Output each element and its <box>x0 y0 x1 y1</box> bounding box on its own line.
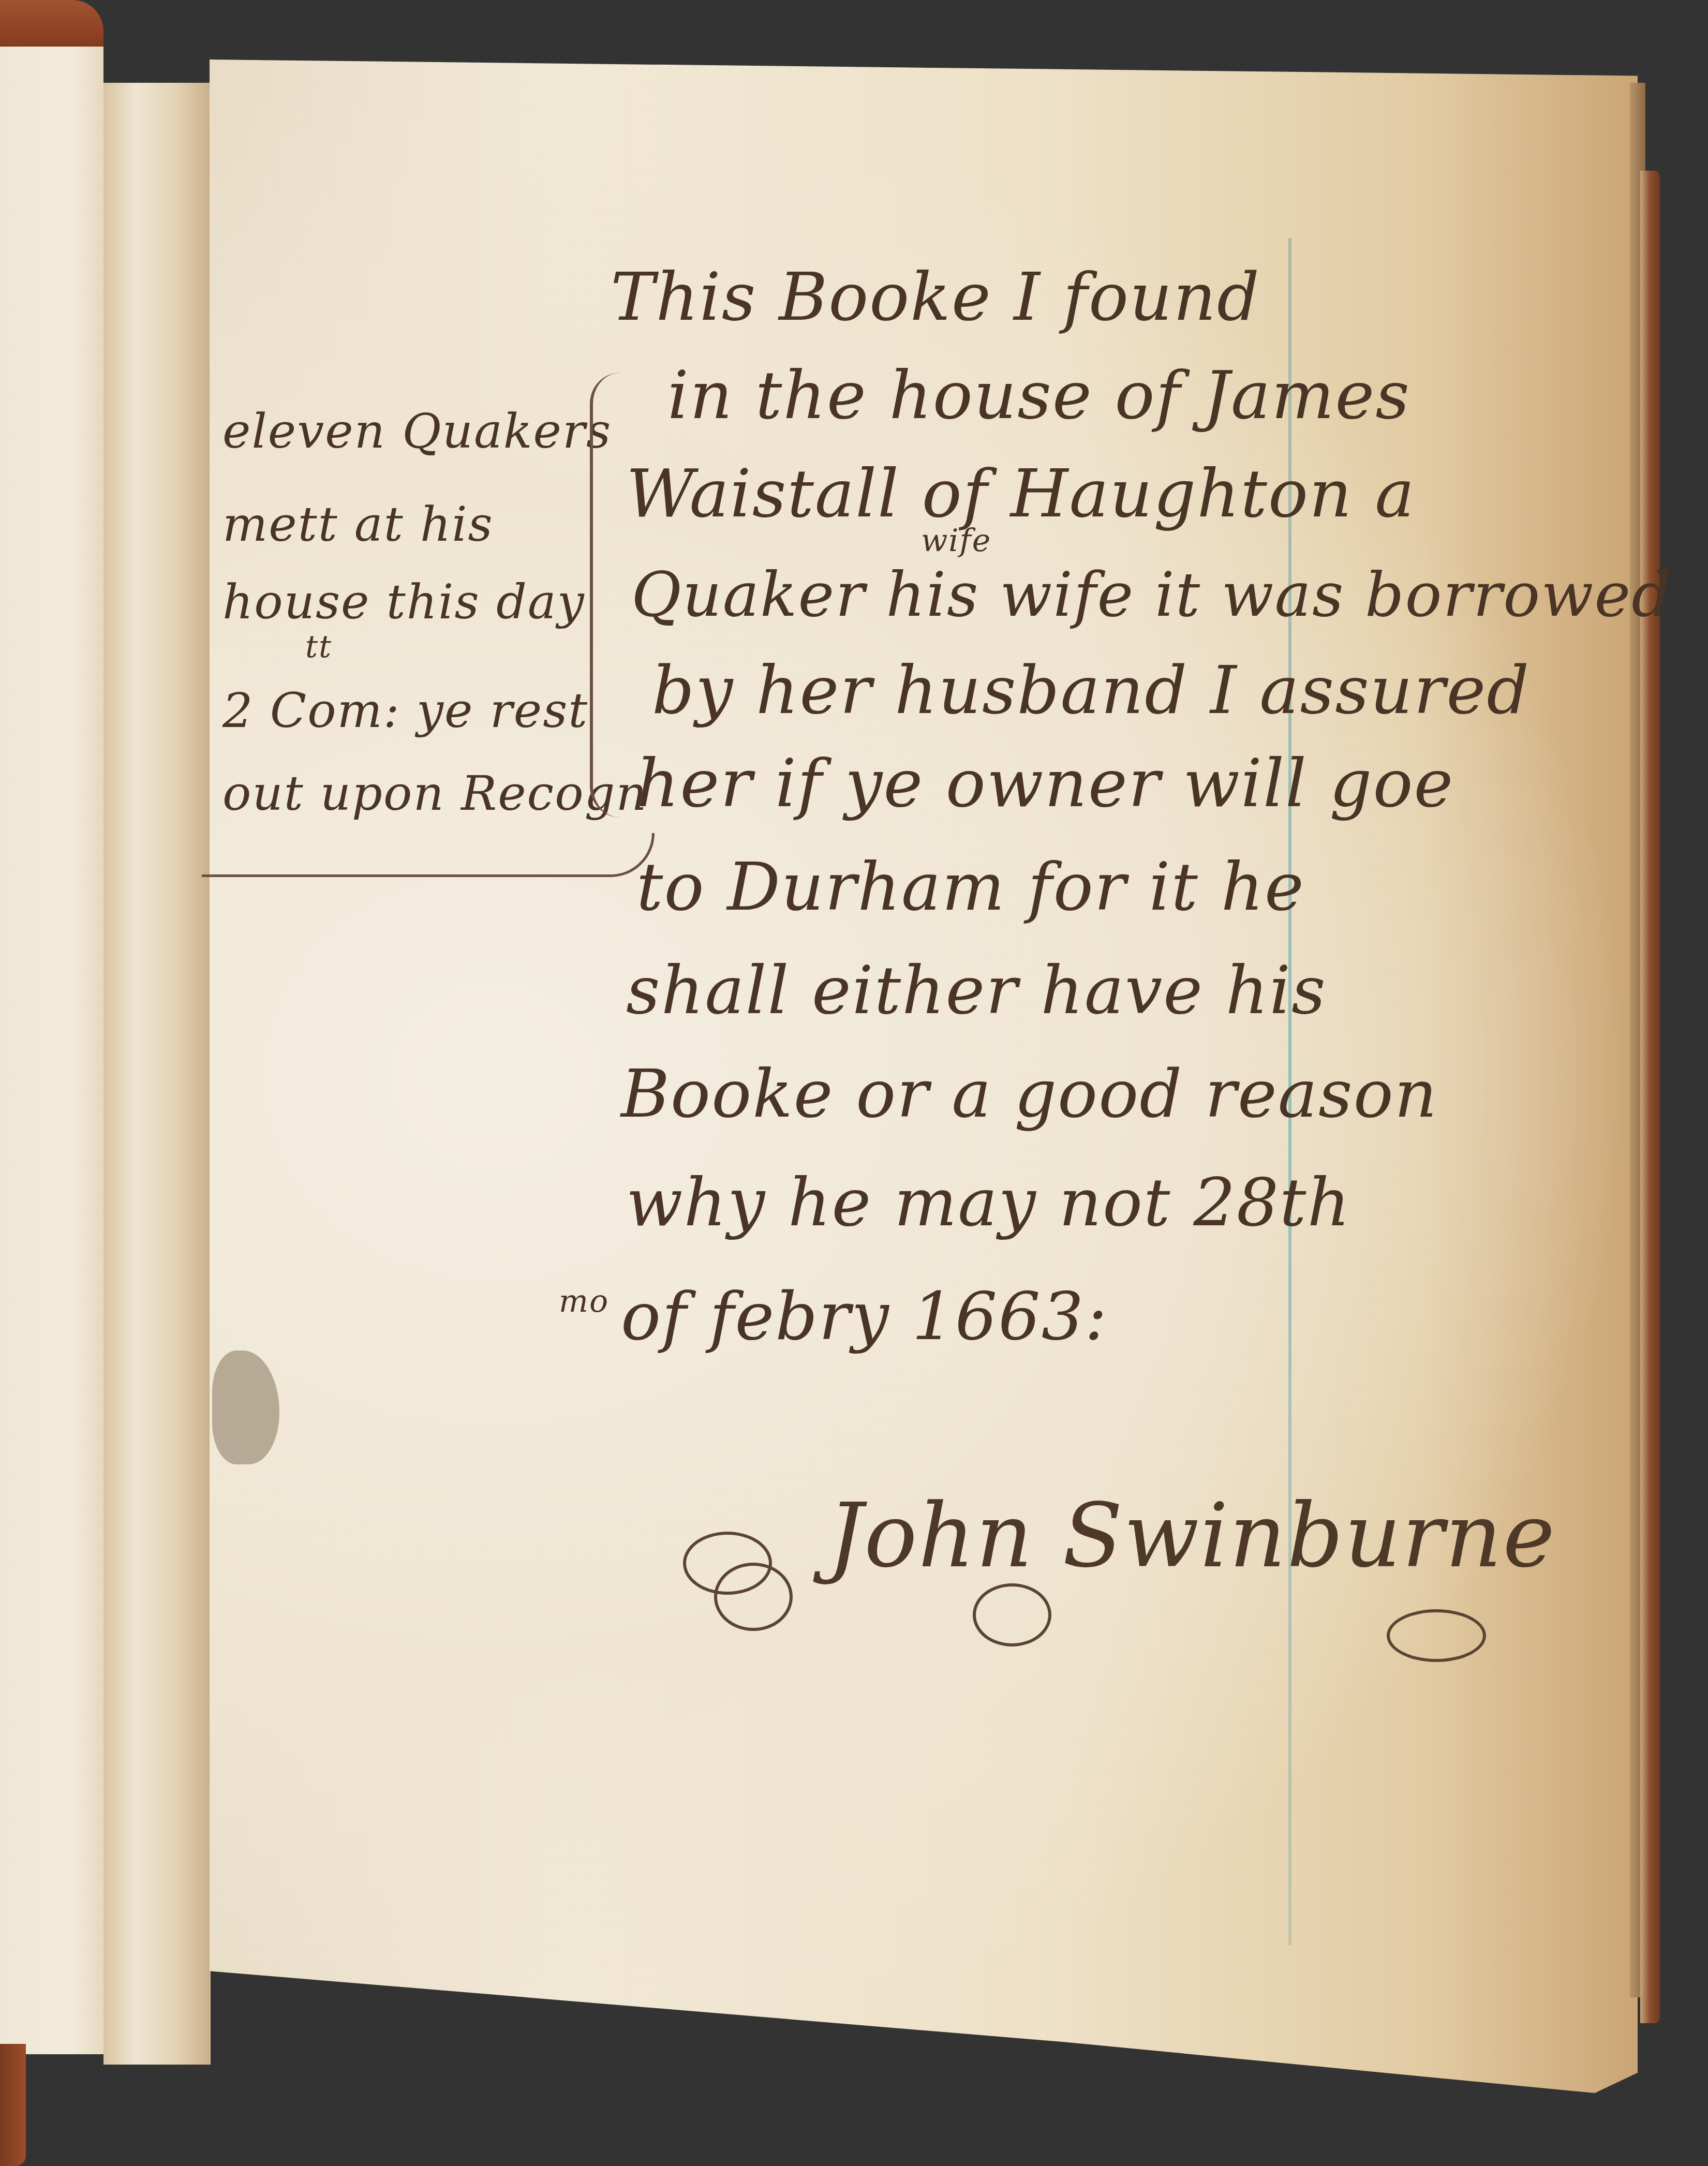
inscription-line: in the house of James <box>667 357 1410 434</box>
inscription-line: Waistall of Haughton a <box>626 455 1416 532</box>
signature-flourish-left <box>714 1563 793 1631</box>
margin-superscript: tt <box>305 629 332 665</box>
cover-edge <box>1640 171 1660 2023</box>
interlinear-insertion: wife <box>921 523 991 559</box>
margin-line: out upon Recogn <box>222 766 648 821</box>
margin-line: eleven Quakers <box>222 404 612 459</box>
inscription-line: This Booke I found <box>611 259 1260 336</box>
inscription-line: why he may not 28th <box>626 1164 1351 1241</box>
inscription-line: to Durham for it he <box>636 849 1305 926</box>
margin-line: 2 Com: ye rest <box>222 683 588 738</box>
margin-line: mett at his <box>222 497 494 552</box>
signature-flourish-center <box>973 1583 1051 1646</box>
leather-binding-bottom <box>0 2044 26 2166</box>
inscription-line: by her husband I assured <box>652 652 1530 729</box>
margin-enclosure-line <box>202 833 655 877</box>
inscription-line: of febry 1663: <box>621 1278 1108 1355</box>
margin-line: house this day <box>222 574 585 630</box>
inscription-line: shall either have his <box>626 952 1327 1029</box>
signature-flourish-right <box>1387 1609 1486 1662</box>
date-margin-note: mo <box>559 1283 609 1319</box>
inscription-line: Booke or a good reason <box>621 1056 1438 1133</box>
left-leaf <box>0 47 103 2054</box>
gutter-stub <box>103 83 211 2065</box>
signature: John Swinburne <box>828 1485 1556 1588</box>
inscription-line: her if ye owner will goe <box>636 745 1454 822</box>
inscription-line: Quaker his wife it was borrowed <box>631 559 1672 630</box>
